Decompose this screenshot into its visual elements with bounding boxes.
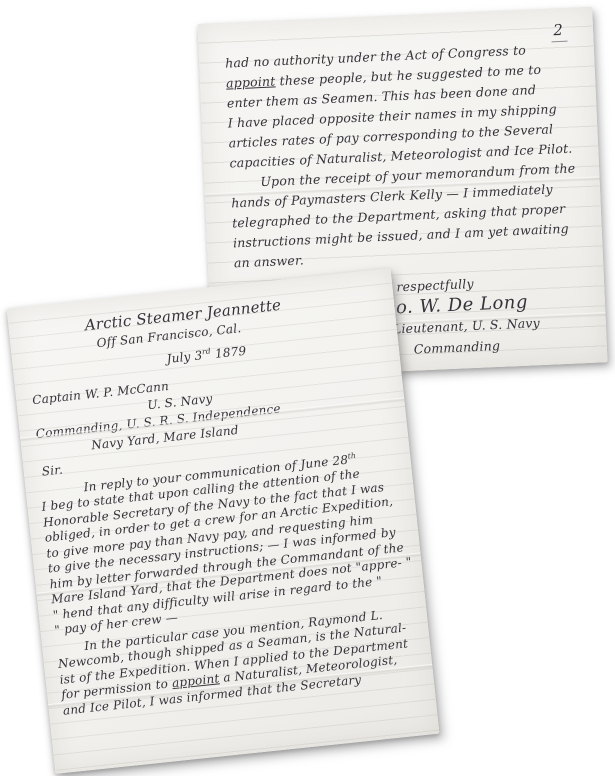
manuscript-text: July 3 — [166, 348, 203, 366]
letter-page-1: Arctic Steamer JeannetteOff San Francisc… — [7, 268, 440, 774]
manuscript-text: Lieutenant, U. S. Navy — [393, 315, 541, 336]
scanned-letters-canvas: 2 had no authority under the Act of Cong… — [0, 0, 615, 776]
manuscript-text: Sir. — [41, 462, 63, 478]
page-number: 2 — [551, 20, 568, 43]
manuscript-text: 1879 — [210, 344, 247, 362]
manuscript-text: th — [347, 450, 356, 460]
manuscript-text: appoint — [226, 73, 276, 90]
manuscript-text: an answer. — [234, 252, 305, 270]
page2-body: had no authority under the Act of Congre… — [225, 38, 585, 273]
page1-body: Sir.In reply to your communication of Ju… — [37, 427, 422, 718]
manuscript-text: Commanding — [413, 338, 500, 357]
